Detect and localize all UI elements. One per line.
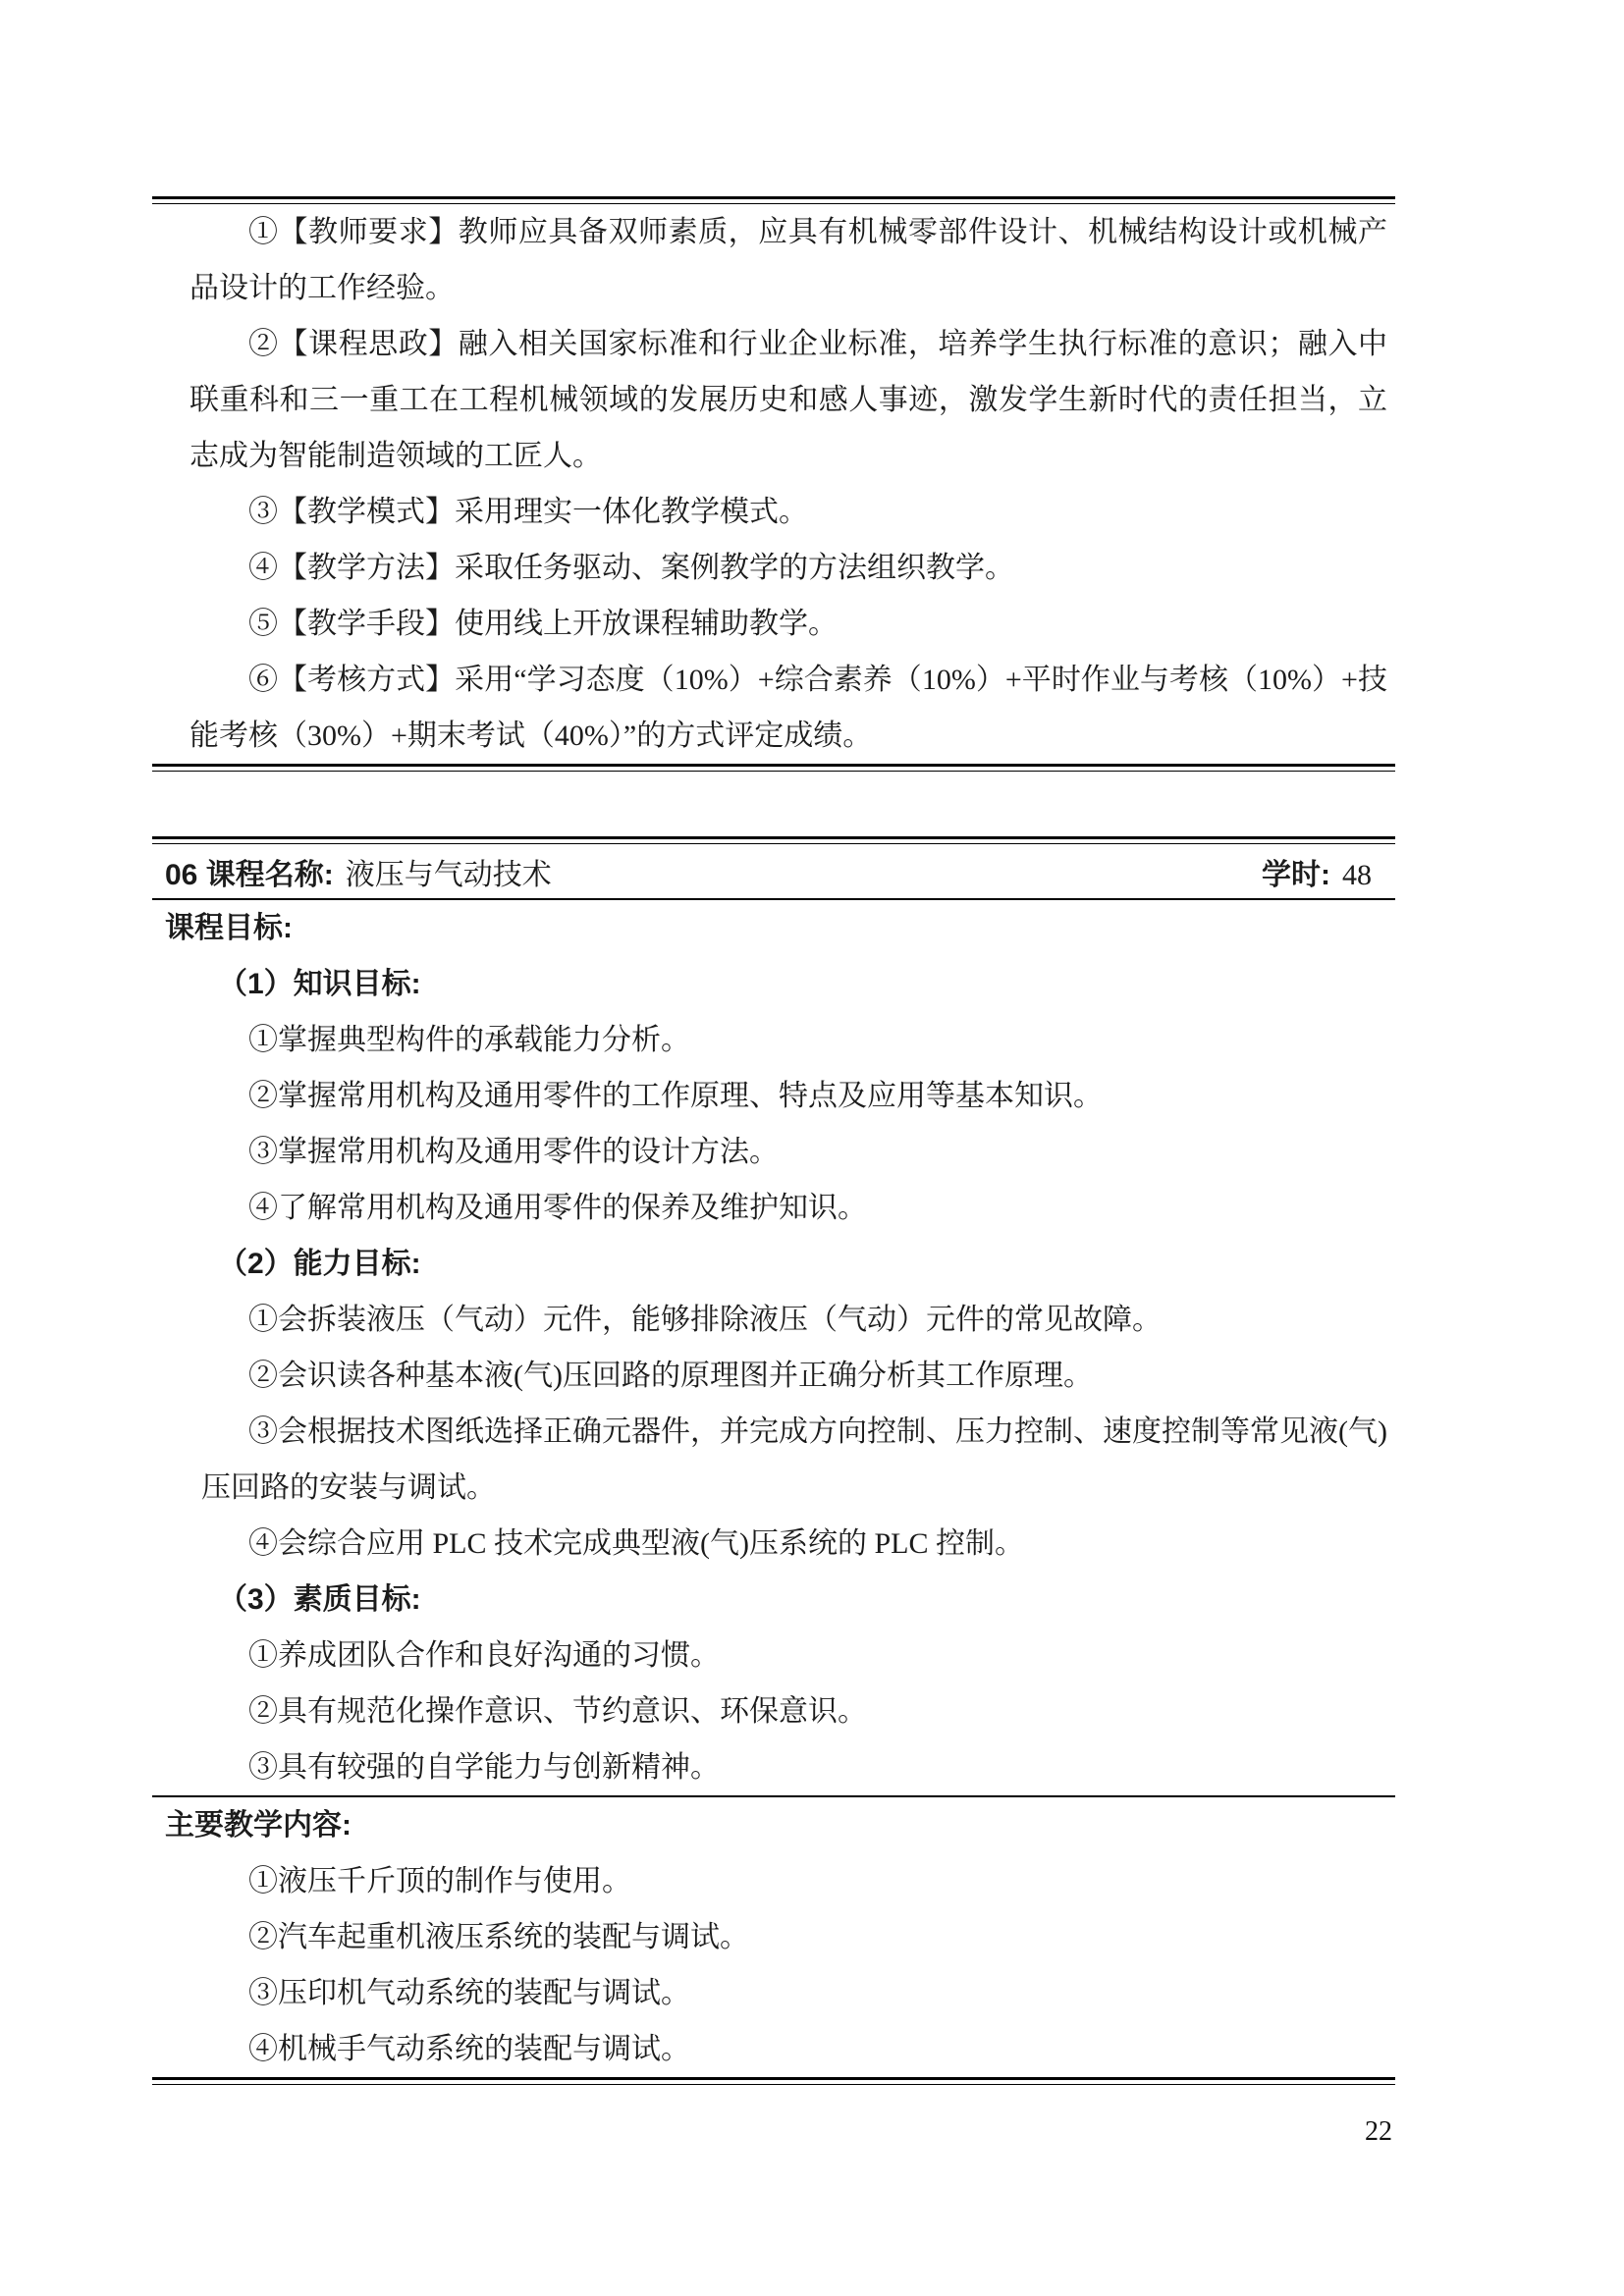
course-objectives-section: 课程目标: （1）知识目标: ①掌握典型构件的承载能力分析。 ②掌握常用机构及通…	[152, 900, 1395, 1795]
objectives-label: 课程目标:	[152, 900, 1395, 956]
teaching-content-label: 主要教学内容:	[152, 1797, 1395, 1853]
course-hours-value: 48	[1342, 859, 1372, 891]
course-hours: 学时:48	[1262, 850, 1372, 893]
course-06-table: 06 课程名称:液压与气动技术 学时:48 课程目标: （1）知识目标: ①掌握…	[152, 836, 1395, 2085]
list-item: ③会根据技术图纸选择正确元器件，并完成方向控制、压力控制、速度控制等常见液(气)…	[152, 1404, 1395, 1516]
course-hours-label: 学时:	[1262, 859, 1330, 891]
list-item: ④会综合应用 PLC 技术完成典型液(气)压系统的 PLC 控制。	[152, 1516, 1395, 1572]
course-title: 06 课程名称:液压与气动技术	[165, 850, 552, 893]
list-item: ②掌握常用机构及通用零件的工作原理、特点及应用等基本知识。	[152, 1068, 1395, 1124]
prev-course-requirements-block: ①【教师要求】教师应具备双师素质，应具有机械零部件设计、机械结构设计或机械产品设…	[152, 196, 1395, 772]
requirement-paragraph-ideology: ②【课程思政】融入相关国家标准和行业企业标准，培养学生执行标准的意识；融入中联重…	[152, 316, 1395, 484]
course-header-row: 06 课程名称:液压与气动技术 学时:48	[152, 844, 1395, 898]
teaching-content-section: 主要教学内容: ①液压千斤顶的制作与使用。 ②汽车起重机液压系统的装配与调试。 …	[152, 1797, 1395, 2077]
list-item: ④机械手气动系统的装配与调试。	[152, 2021, 1395, 2077]
list-item: ②会识读各种基本液(气)压回路的原理图并正确分析其工作原理。	[152, 1348, 1395, 1404]
table-bottom-rule	[152, 2077, 1395, 2085]
course-name-label: 06 课程名称:	[165, 859, 334, 891]
list-item: ①掌握典型构件的承载能力分析。	[152, 1012, 1395, 1068]
quality-goals-heading: （3）素质目标:	[152, 1572, 1395, 1628]
requirement-paragraph-teaching-means: ⑤【教学手段】使用线上开放课程辅助教学。	[152, 596, 1395, 652]
list-item: ③具有较强的自学能力与创新精神。	[152, 1739, 1395, 1795]
list-item: ①养成团队合作和良好沟通的习惯。	[152, 1628, 1395, 1683]
requirement-paragraph-teaching-method: ④【教学方法】采取任务驱动、案例教学的方法组织教学。	[152, 540, 1395, 596]
list-item: ②具有规范化操作意识、节约意识、环保意识。	[152, 1683, 1395, 1739]
table-top-rule	[152, 836, 1395, 844]
list-item: ④了解常用机构及通用零件的保养及维护知识。	[152, 1180, 1395, 1236]
list-item: ③掌握常用机构及通用零件的设计方法。	[152, 1124, 1395, 1180]
table-bottom-rule	[152, 764, 1395, 772]
list-item: ①会拆装液压（气动）元件，能够排除液压（气动）元件的常见故障。	[152, 1292, 1395, 1348]
list-item: ①液压千斤顶的制作与使用。	[152, 1853, 1395, 1909]
requirement-paragraph-teaching-mode: ③【教学模式】采用理实一体化教学模式。	[152, 484, 1395, 540]
table-top-rule	[152, 196, 1395, 204]
requirement-paragraph-assessment: ⑥【考核方式】采用“学习态度（10%）+综合素养（10%）+平时作业与考核（10…	[152, 652, 1395, 764]
requirement-paragraph-teacher: ①【教师要求】教师应具备双师素质，应具有机械零部件设计、机械结构设计或机械产品设…	[152, 204, 1395, 316]
page-number: 22	[1365, 2116, 1392, 2148]
list-item: ③压印机气动系统的装配与调试。	[152, 1965, 1395, 2021]
course-name-value: 液压与气动技术	[346, 859, 552, 891]
knowledge-goals-heading: （1）知识目标:	[152, 956, 1395, 1012]
ability-goals-heading: （2）能力目标:	[152, 1236, 1395, 1292]
list-item: ②汽车起重机液压系统的装配与调试。	[152, 1909, 1395, 1965]
